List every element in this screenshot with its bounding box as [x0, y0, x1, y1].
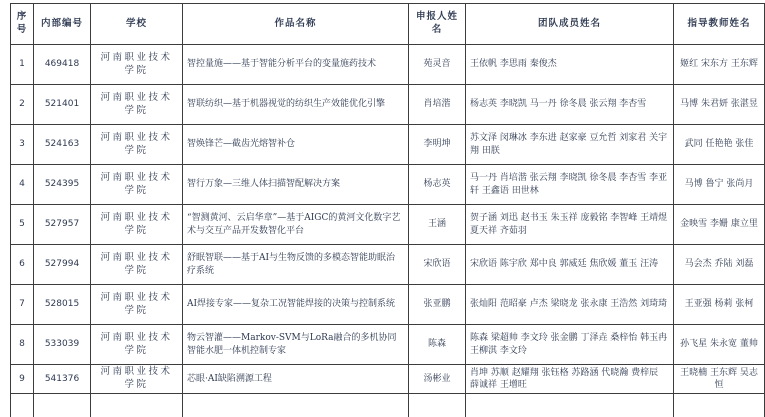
cell-team: 宋欣语 陈宇欣 郑中良 郭威廷 焦欣媛 董玉 汪涛 — [466, 245, 674, 285]
cell-school: 河南职业技术学院 — [91, 325, 183, 365]
table-row: 4 524395 河南职业技术学院 智行万象—三维人体扫描智配解决方案 杨志英 … — [11, 165, 765, 205]
cell-title: 舒眠智联——基于AI与生物反馈的多模态智能助眠治疗系统 — [183, 245, 409, 285]
cell-school: 河南职业技术学院 — [91, 85, 183, 125]
cell-applicant: 宋欣语 — [409, 245, 466, 285]
cell-applicant: 杨志英 — [409, 165, 466, 205]
cell-school: 河南职业技术学院 — [91, 125, 183, 165]
award-table: 序号 内部编号 学校 作品名称 申报人姓名 团队成员姓名 指导教师姓名 1 46… — [10, 3, 765, 417]
cell-team: 张灿阳 范昭豪 卢杰 梁晓龙 张永康 王浩然 刘琦琦 — [466, 285, 674, 325]
cell-title: “智测黄河、云启华章”—基于AIGC的黄河文化数字艺术与交互产品开发数智化平台 — [183, 205, 409, 245]
cell-no: 5 — [11, 205, 34, 245]
table-row: 9 541376 河南职业技术学院 芯眼·AI缺陷溯源工程 汤彬业 肖坤 苏顺 … — [11, 365, 765, 394]
cell-applicant: 苑灵音 — [409, 45, 466, 85]
table-row: 2 521401 河南职业技术学院 智联纺织—基于机器视觉的纺织生产效能优化引擎… — [11, 85, 765, 125]
cell-applicant: 陈森 — [409, 325, 466, 365]
table-row: 3 524163 河南职业技术学院 智焕锋芒—截齿光熔智补仓 李明坤 苏文泽 闵… — [11, 125, 765, 165]
table-row-partial — [11, 394, 765, 417]
cell-advisors: 马博 鲁宁 张尚月 — [674, 165, 765, 205]
header-no: 序号 — [11, 4, 34, 45]
cell-team: 贺子涵 刘迅 赵书玉 朱玉祥 庞毅铭 李智峰 王靖煜 夏天祥 齐茹羽 — [466, 205, 674, 245]
table-row: 8 533039 河南职业技术学院 物云智灌——Markov-SVM与LoRa融… — [11, 325, 765, 365]
cell-applicant: 汤彬业 — [409, 365, 466, 394]
cell-school: 河南职业技术学院 — [91, 45, 183, 85]
cell-code: 469418 — [34, 45, 91, 85]
cell-advisors: 马会杰 乔陆 刘磊 — [674, 245, 765, 285]
cell-title: 智焕锋芒—截齿光熔智补仓 — [183, 125, 409, 165]
document-page: 序号 内部编号 学校 作品名称 申报人姓名 团队成员姓名 指导教师姓名 1 46… — [0, 0, 765, 417]
table-row: 6 527994 河南职业技术学院 舒眠智联——基于AI与生物反馈的多模态智能助… — [11, 245, 765, 285]
cell-advisors: 王亚强 杨莉 张柯 — [674, 285, 765, 325]
cell-advisors: 金映雪 李姗 康立里 — [674, 205, 765, 245]
cell-school: 河南职业技术学院 — [91, 285, 183, 325]
header-advisors: 指导教师姓名 — [674, 4, 765, 45]
cell-advisors: 王晓楠 王东辉 吴志恒 — [674, 365, 765, 394]
cell-applicant: 张亚鹏 — [409, 285, 466, 325]
cell-no: 8 — [11, 325, 34, 365]
cell-no: 3 — [11, 125, 34, 165]
cell-no: 7 — [11, 285, 34, 325]
cell-advisors: 姬红 宋东方 王东辉 — [674, 45, 765, 85]
cell-no: 2 — [11, 85, 34, 125]
cell-code: 521401 — [34, 85, 91, 125]
cell-no: 1 — [11, 45, 34, 85]
cell-advisors: 马博 朱君妍 张湛昱 — [674, 85, 765, 125]
cell-code: 524395 — [34, 165, 91, 205]
cell-code: 527994 — [34, 245, 91, 285]
header-school: 学校 — [91, 4, 183, 45]
cell-title: AI焊接专家——复杂工况智能焊接的决策与控制系统 — [183, 285, 409, 325]
cell-applicant: 肖培湝 — [409, 85, 466, 125]
cell-title: 智控量施——基于智能分析平台的变量施药技术 — [183, 45, 409, 85]
cell-title: 芯眼·AI缺陷溯源工程 — [183, 365, 409, 394]
cell-title: 智联纺织—基于机器视觉的纺织生产效能优化引擎 — [183, 85, 409, 125]
header-title: 作品名称 — [183, 4, 409, 45]
header-code: 内部编号 — [34, 4, 91, 45]
cell-code: 528015 — [34, 285, 91, 325]
table-row: 1 469418 河南职业技术学院 智控量施——基于智能分析平台的变量施药技术 … — [11, 45, 765, 85]
cell-title: 物云智灌——Markov-SVM与LoRa融合的多机协同智能水肥一体机控制专家 — [183, 325, 409, 365]
cell-team: 杨志英 李晓凯 马一丹 徐冬晨 张云翔 李杏雪 — [466, 85, 674, 125]
table-row: 5 527957 河南职业技术学院 “智测黄河、云启华章”—基于AIGC的黄河文… — [11, 205, 765, 245]
cell-school: 河南职业技术学院 — [91, 365, 183, 394]
cell-team: 陈森 梁超帅 李文玲 张金鹏 丁泽垚 桑梓怡 韩玉冉 王柳淇 李文玲 — [466, 325, 674, 365]
cell-advisors: 武同 任艳艳 张佳 — [674, 125, 765, 165]
cell-team: 肖坤 苏顺 赵耀翔 张钰格 苏路涵 代晓瀚 费梓辰 薛诚祥 王增旺 — [466, 365, 674, 394]
cell-school: 河南职业技术学院 — [91, 245, 183, 285]
cell-no: 6 — [11, 245, 34, 285]
cell-no: 9 — [11, 365, 34, 394]
cell-school: 河南职业技术学院 — [91, 165, 183, 205]
cell-code: 533039 — [34, 325, 91, 365]
cell-applicant: 李明坤 — [409, 125, 466, 165]
cell-team: 马一丹 肖培湝 张云翔 李晓凯 徐冬晨 李杏雪 李亚轩 王鑫语 田世林 — [466, 165, 674, 205]
cell-no: 4 — [11, 165, 34, 205]
cell-advisors: 孙飞星 朱永宽 董帅 — [674, 325, 765, 365]
header-applicant: 申报人姓名 — [409, 4, 466, 45]
cell-code: 524163 — [34, 125, 91, 165]
cell-applicant: 王涵 — [409, 205, 466, 245]
header-row: 序号 内部编号 学校 作品名称 申报人姓名 团队成员姓名 指导教师姓名 — [11, 4, 765, 45]
cell-team: 王依帆 李思雨 秦俊杰 — [466, 45, 674, 85]
cell-code: 541376 — [34, 365, 91, 394]
cell-code: 527957 — [34, 205, 91, 245]
table-row: 7 528015 河南职业技术学院 AI焊接专家——复杂工况智能焊接的决策与控制… — [11, 285, 765, 325]
cell-team: 苏文泽 闵琳冰 李东进 赵家豪 豆允哲 刘家君 关宇翔 田朕 — [466, 125, 674, 165]
header-team: 团队成员姓名 — [466, 4, 674, 45]
cell-school: 河南职业技术学院 — [91, 205, 183, 245]
cell-title: 智行万象—三维人体扫描智配解决方案 — [183, 165, 409, 205]
